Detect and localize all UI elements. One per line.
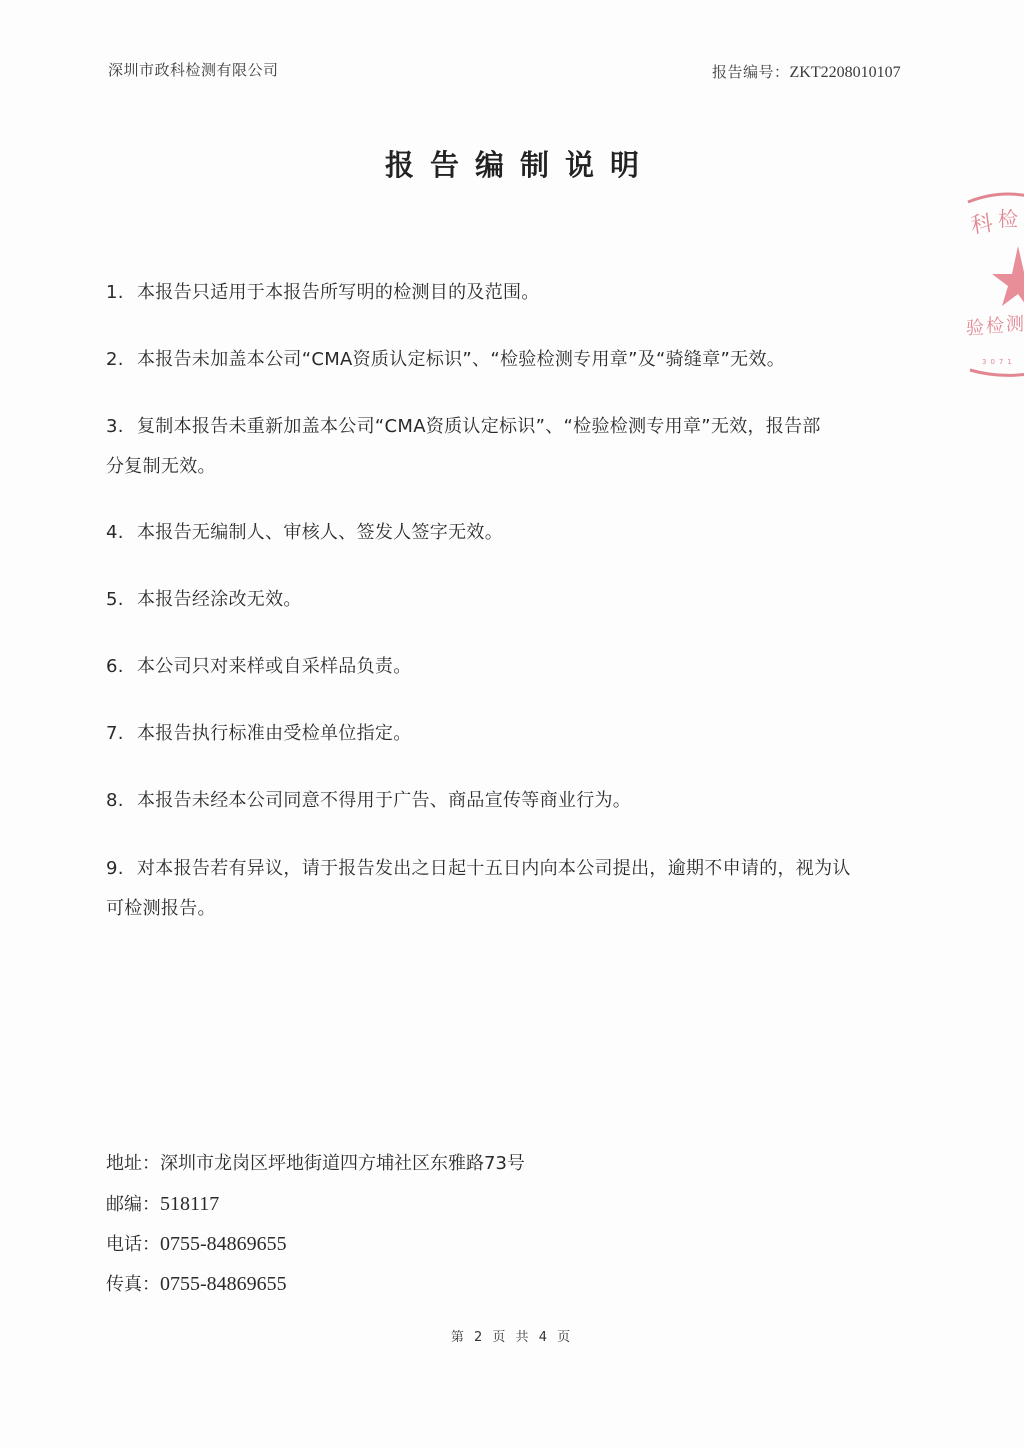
report-number: 报告编号：ZKT2208010107 [712, 61, 901, 82]
list-item: 6.本公司只对来样或自采样品负责。 [106, 647, 936, 687]
item-text: 本公司只对来样或自采样品负责。 [137, 656, 412, 677]
postcode-row: 邮编：518117 [106, 1188, 525, 1228]
svg-text:3071: 3071 [982, 358, 1016, 366]
page-number: 第 2 页 共 4 页 [0, 1326, 1024, 1345]
item-text: 对本报告若有异议，请于报告发出之日起十五日内向本公司提出，逾期不申请的，视为认 [137, 858, 851, 879]
item-number: 8. [106, 781, 137, 821]
company-name: 深圳市政科检测有限公司 [108, 59, 279, 80]
list-item: 3.复制本报告未重新加盖本公司“CMA资质认定标识”、“检验检测专用章”无效，报… [106, 407, 936, 487]
list-item: 4.本报告无编制人、审核人、签发人签字无效。 [106, 513, 936, 553]
page-title: 报告编制说明 [0, 143, 1024, 184]
phone-label: 电话： [106, 1234, 160, 1255]
postcode-value: 518117 [160, 1193, 219, 1215]
item-text: 本报告无编制人、审核人、签发人签字无效。 [137, 522, 503, 543]
svg-text:科: 科 [969, 211, 994, 239]
item-number: 3. [106, 407, 137, 447]
address-label: 地址： [106, 1153, 160, 1174]
svg-text:检: 检 [986, 316, 1004, 337]
svg-text:测: 测 [1006, 314, 1024, 335]
item-text: 本报告执行标准由受检单位指定。 [137, 723, 412, 744]
item-number: 9. [106, 849, 137, 889]
list-item: 1.本报告只适用于本报告所写明的检测目的及范围。 [106, 273, 936, 313]
phone-row: 电话：0755-84869655 [106, 1228, 525, 1268]
seal-stamp-icon: 科 检 验 检 测 3071 [958, 188, 1024, 378]
item-number: 1. [106, 273, 137, 313]
svg-text:检: 检 [998, 207, 1018, 231]
item-number: 5. [106, 580, 137, 620]
item-text: 复制本报告未重新加盖本公司“CMA资质认定标识”、“检验检测专用章”无效，报告部 [137, 416, 821, 437]
report-number-label: 报告编号： [712, 63, 790, 81]
item-number: 4. [106, 513, 137, 553]
phone-value: 0755-84869655 [160, 1233, 287, 1255]
svg-text:验: 验 [966, 318, 984, 339]
list-item: 9.对本报告若有异议，请于报告发出之日起十五日内向本公司提出，逾期不申请的，视为… [106, 849, 936, 929]
list-item: 7.本报告执行标准由受检单位指定。 [106, 714, 936, 754]
contact-info: 地址：深圳市龙岗区坪地街道四方埔社区东雅路73号 邮编：518117 电话：07… [106, 1148, 525, 1308]
list-item: 2.本报告未加盖本公司“CMA资质认定标识”、“检验检测专用章”及“骑缝章”无效… [106, 340, 936, 380]
address-row: 地址：深圳市龙岗区坪地街道四方埔社区东雅路73号 [106, 1148, 525, 1188]
item-text: 本报告未加盖本公司“CMA资质认定标识”、“检验检测专用章”及“骑缝章”无效。 [137, 349, 785, 370]
postcode-label: 邮编： [106, 1194, 160, 1215]
item-number: 6. [106, 647, 137, 687]
item-number: 7. [106, 714, 137, 754]
fax-row: 传真：0755-84869655 [106, 1268, 525, 1308]
item-text: 本报告经涂改无效。 [137, 589, 302, 610]
item-text: 本报告只适用于本报告所写明的检测目的及范围。 [137, 282, 540, 303]
report-number-value: ZKT2208010107 [790, 64, 901, 81]
list-item: 8.本报告未经本公司同意不得用于广告、商品宣传等商业行为。 [106, 781, 936, 821]
item-number: 2. [106, 340, 137, 380]
item-text: 本报告未经本公司同意不得用于广告、商品宣传等商业行为。 [137, 790, 631, 811]
item-text-continuation: 可检测报告。 [106, 889, 936, 929]
item-text-continuation: 分复制无效。 [106, 447, 936, 487]
address-value: 深圳市龙岗区坪地街道四方埔社区东雅路73号 [160, 1153, 525, 1174]
fax-value: 0755-84869655 [160, 1273, 287, 1295]
list-item: 5.本报告经涂改无效。 [106, 580, 936, 620]
fax-label: 传真： [106, 1274, 160, 1295]
